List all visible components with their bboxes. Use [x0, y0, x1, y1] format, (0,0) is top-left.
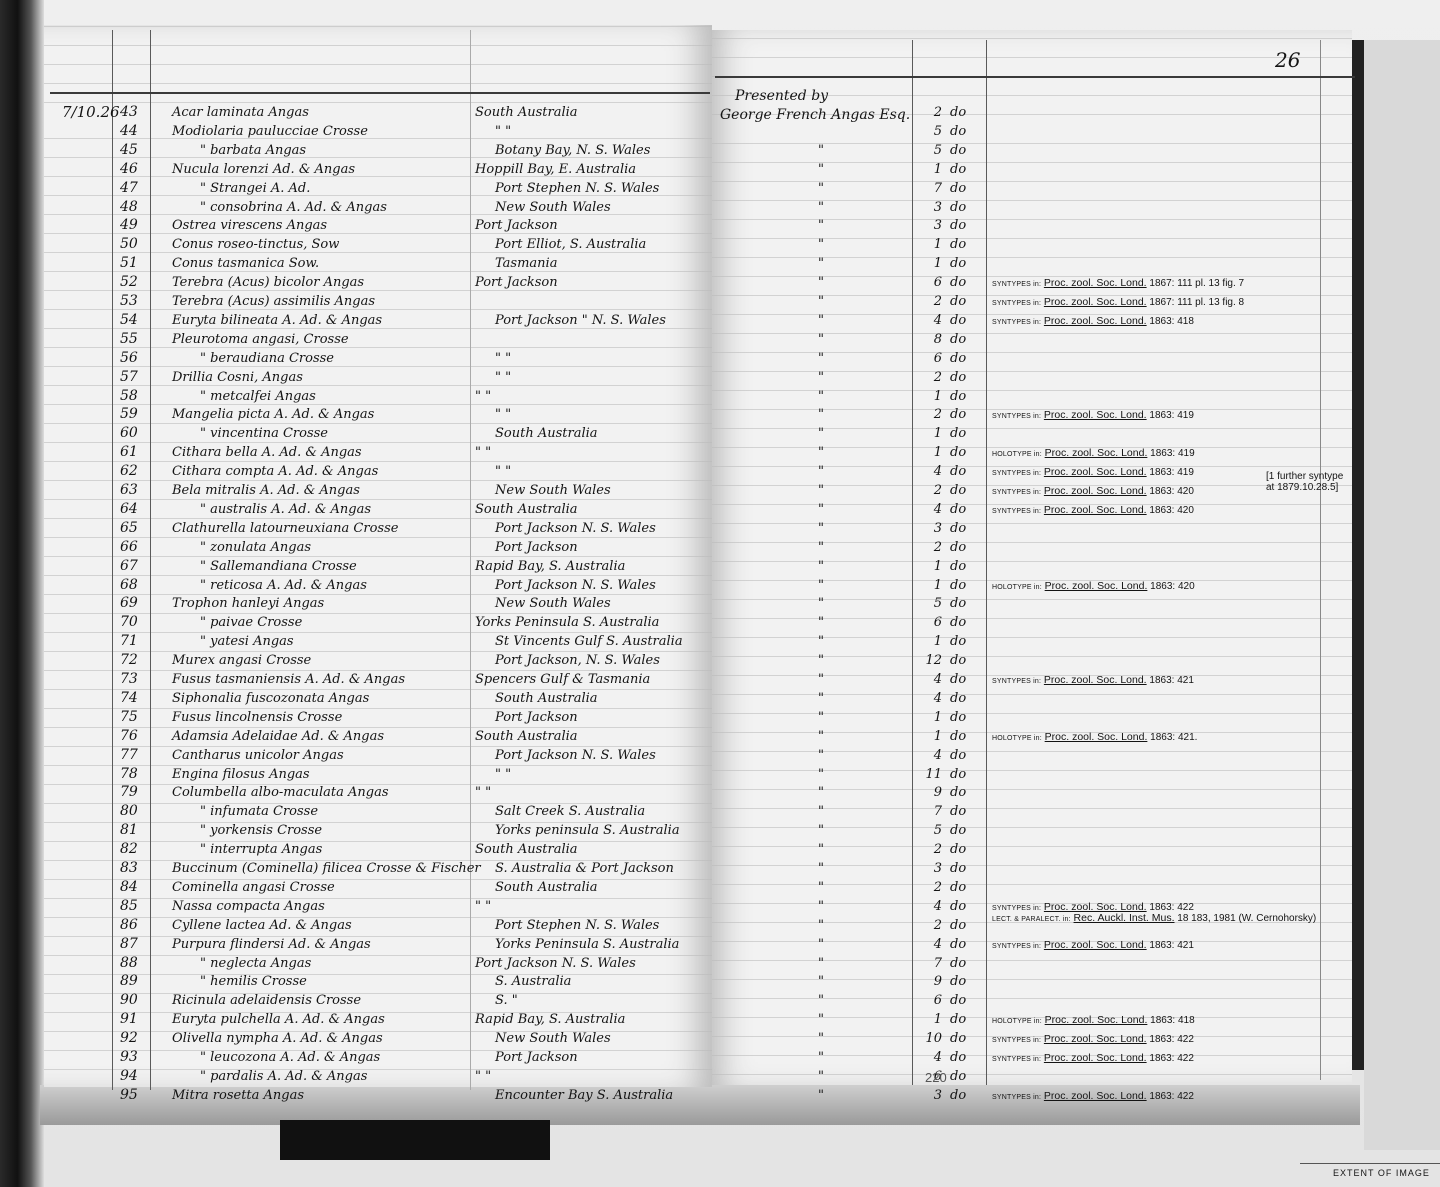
- locality: Port Jackson: [495, 1048, 578, 1067]
- scan-outer-area: [1364, 40, 1440, 1150]
- donor-line-1: Presented by: [735, 88, 828, 104]
- locality: Port Stephen N. S. Wales: [495, 916, 659, 935]
- donor-ditto-mark: ": [818, 557, 824, 576]
- quantity: 9do: [920, 972, 966, 991]
- quantity-unit: do: [950, 162, 966, 177]
- type-status-stamp: SYNTYPES in: Proc. zool. Soc. Lond. 1867…: [992, 296, 1244, 310]
- quantity: 4do: [920, 897, 966, 916]
- locality: Botany Bay, N. S. Wales: [495, 141, 650, 160]
- register-number: 86: [120, 916, 160, 935]
- quantity-value: 4: [920, 462, 942, 481]
- quantity-value: 4: [920, 670, 942, 689]
- quantity-value: 1: [920, 443, 942, 462]
- donor-ditto-mark: ": [818, 594, 824, 613]
- register-number: 94: [120, 1067, 160, 1086]
- quantity: 10do: [920, 1029, 966, 1048]
- stamp-ref: Proc. zool. Soc. Lond.: [1044, 1033, 1147, 1045]
- quantity: 1do: [920, 1010, 966, 1029]
- type-status-stamp: SYNTYPES in: Proc. zool. Soc. Lond. 1863…: [992, 504, 1194, 518]
- quantity-unit: do: [950, 899, 966, 914]
- species-name: Trophon hanleyi Angas: [172, 594, 324, 613]
- locality: " ": [475, 1067, 491, 1086]
- register-number: 45: [120, 141, 160, 160]
- quantity-unit: do: [950, 200, 966, 215]
- quantity: 1do: [920, 254, 966, 273]
- species-name: Euryta pulchella A. Ad. & Angas: [172, 1010, 385, 1029]
- quantity: 1do: [920, 557, 966, 576]
- ledger-page-right: [712, 30, 1352, 1085]
- quantity-unit: do: [950, 407, 966, 422]
- quantity: 1do: [920, 387, 966, 406]
- quantity-value: 7: [920, 802, 942, 821]
- stamp-kind: SYNTYPES in:: [992, 413, 1041, 420]
- species-name: Mitra rosetta Angas: [172, 1086, 304, 1105]
- register-number: 85: [120, 897, 160, 916]
- locality: South Australia: [495, 689, 598, 708]
- quantity-value: 8: [920, 330, 942, 349]
- stamp-kind: SYNTYPES in:: [992, 470, 1041, 477]
- register-number: 50: [120, 235, 160, 254]
- type-status-stamp: SYNTYPES in: Proc. zool. Soc. Lond. 1863…: [992, 1090, 1194, 1104]
- stamp-cite: 1867: 111 pl. 13 fig. 7: [1149, 278, 1244, 289]
- quantity-value: 9: [920, 972, 942, 991]
- register-number: 89: [120, 972, 160, 991]
- quantity-value: 1: [920, 160, 942, 179]
- quantity: 1do: [920, 727, 966, 746]
- quantity-unit: do: [950, 653, 966, 668]
- book-cover-edge-right: [1352, 40, 1364, 1070]
- quantity-unit: do: [950, 521, 966, 536]
- quantity-unit: do: [950, 880, 966, 895]
- species-name: Murex angasi Crosse: [172, 651, 311, 670]
- stamp-kind: SYNTYPES in:: [992, 905, 1041, 912]
- donor-ditto-mark: ": [818, 878, 824, 897]
- locality: Port Jackson N. S. Wales: [475, 954, 636, 973]
- stamp-kind: SYNTYPES in:: [992, 1037, 1041, 1044]
- donor-ditto-mark: ": [818, 349, 824, 368]
- quantity: 8do: [920, 330, 966, 349]
- register-number: 59: [120, 405, 160, 424]
- locality: " ": [495, 405, 511, 424]
- register-number: 61: [120, 443, 160, 462]
- header-rule-left: [50, 92, 710, 94]
- quantity: 1do: [920, 160, 966, 179]
- locality: Rapid Bay, S. Australia: [475, 1010, 625, 1029]
- donor-ditto-mark: ": [818, 1086, 824, 1105]
- quantity: 7do: [920, 179, 966, 198]
- extent-of-image-label: EXTENT OF IMAGE: [1333, 1168, 1430, 1178]
- quantity: 3do: [920, 1086, 966, 1105]
- species-name: Cominella angasi Crosse: [172, 878, 335, 897]
- quantity-value: 1: [920, 632, 942, 651]
- quantity-unit: do: [950, 974, 966, 989]
- locality: " ": [495, 122, 511, 141]
- species-name: Acar laminata Angas: [172, 103, 309, 122]
- type-status-stamp: SYNTYPES in: Proc. zool. Soc. Lond. 1863…: [992, 485, 1194, 499]
- quantity-unit: do: [950, 540, 966, 555]
- stamp-ref: Proc. zool. Soc. Lond.: [1045, 1014, 1148, 1026]
- locality: " ": [495, 368, 511, 387]
- quantity: 3do: [920, 216, 966, 235]
- quantity-value: 10: [920, 1029, 942, 1048]
- donor-ditto-mark: ": [818, 443, 824, 462]
- quantity-unit: do: [950, 937, 966, 952]
- register-number: 60: [120, 424, 160, 443]
- species-name: Nassa compacta Angas: [172, 897, 325, 916]
- quantity-unit: do: [950, 1050, 966, 1065]
- donor-ditto-mark: ": [818, 935, 824, 954]
- species-name: Ricinula adelaidensis Crosse: [172, 991, 361, 1010]
- quantity-unit: do: [950, 993, 966, 1008]
- locality: Encounter Bay S. Australia: [495, 1086, 673, 1105]
- register-number: 77: [120, 746, 160, 765]
- species-name: Pleurotoma angasi, Crosse: [172, 330, 349, 349]
- donor-ditto-mark: ": [818, 897, 824, 916]
- donor-ditto-mark: ": [818, 613, 824, 632]
- quantity-value: 1: [920, 424, 942, 443]
- quantity: 1do: [920, 632, 966, 651]
- type-status-stamp: SYNTYPES in: Proc. zool. Soc. Lond. 1863…: [992, 315, 1194, 329]
- type-status-stamp: HOLOTYPE in: Proc. zool. Soc. Lond. 1863…: [992, 447, 1195, 461]
- register-number: 68: [120, 576, 160, 595]
- species-name: Conus roseo-tinctus, Sow: [172, 235, 339, 254]
- quantity-value: 3: [920, 216, 942, 235]
- species-name: Columbella albo-maculata Angas: [172, 783, 389, 802]
- locality: S. Australia: [495, 972, 571, 991]
- quantity-unit: do: [950, 861, 966, 876]
- locality: Port Jackson: [475, 216, 558, 235]
- donor-ditto-mark: ": [818, 783, 824, 802]
- species-name: Fusus lincolnensis Crosse: [172, 708, 342, 727]
- locality: Port Jackson N. S. Wales: [495, 746, 656, 765]
- species-name: Nucula lorenzi Ad. & Angas: [172, 160, 355, 179]
- register-number: 69: [120, 594, 160, 613]
- register-number: 73: [120, 670, 160, 689]
- register-number: 84: [120, 878, 160, 897]
- quantity: 2do: [920, 103, 966, 122]
- species-name: " consobrina A. Ad. & Angas: [200, 198, 387, 217]
- locality: " ": [475, 387, 491, 406]
- donor-ditto-mark: ": [818, 538, 824, 557]
- register-number: 53: [120, 292, 160, 311]
- quantity-unit: do: [950, 464, 966, 479]
- quantity-value: 3: [920, 198, 942, 217]
- quantity-value: 3: [920, 859, 942, 878]
- quantity-value: 5: [920, 122, 942, 141]
- stamp-cite: 1863: 422: [1149, 1034, 1194, 1045]
- quantity-unit: do: [950, 710, 966, 725]
- stamp-ref: Proc. zool. Soc. Lond.: [1045, 580, 1148, 592]
- stamp-kind: HOLOTYPE in:: [992, 584, 1042, 591]
- quantity-value: 12: [920, 651, 942, 670]
- register-number: 72: [120, 651, 160, 670]
- quantity: 2do: [920, 916, 966, 935]
- quantity-unit: do: [950, 842, 966, 857]
- quantity-value: 3: [920, 1086, 942, 1105]
- quantity-unit: do: [950, 1031, 966, 1046]
- quantity-value: 4: [920, 897, 942, 916]
- further-syntype-note: [1 further syntype at 1879.10.28.5]: [1266, 471, 1343, 493]
- stamp-cite: 1863: 421.: [1150, 732, 1197, 743]
- stamp-ref: Proc. zool. Soc. Lond.: [1044, 466, 1147, 478]
- donor-ditto-mark: ": [818, 1029, 824, 1048]
- donor-ditto-mark: ": [818, 689, 824, 708]
- quantity-value: 2: [920, 538, 942, 557]
- quantity: 4do: [920, 500, 966, 519]
- quantity: 2do: [920, 368, 966, 387]
- quantity-unit: do: [950, 313, 966, 328]
- column-rule-right: [1320, 40, 1321, 1080]
- locality: St Vincents Gulf S. Australia: [495, 632, 683, 651]
- register-number: 52: [120, 273, 160, 292]
- donor-ditto-mark: ": [818, 765, 824, 784]
- species-name: Modiolaria paulucciae Crosse: [172, 122, 368, 141]
- species-name: " australis A. Ad. & Angas: [200, 500, 371, 519]
- quantity: 1do: [920, 443, 966, 462]
- quantity-value: 2: [920, 405, 942, 424]
- stamp-ref: Proc. zool. Soc. Lond.: [1044, 277, 1147, 289]
- quantity-value: 11: [920, 765, 942, 784]
- quantity-unit: do: [950, 729, 966, 744]
- species-name: " neglecta Angas: [200, 954, 311, 973]
- species-name: Buccinum (Cominella) filicea Crosse & Fi…: [172, 859, 481, 878]
- type-status-stamp: HOLOTYPE in: Proc. zool. Soc. Lond. 1863…: [992, 580, 1195, 594]
- type-status-stamp: SYNTYPES in: Proc. zool. Soc. Lond. 1863…: [992, 674, 1194, 688]
- register-number: 70: [120, 613, 160, 632]
- quantity-unit: do: [950, 1088, 966, 1103]
- quantity: 4do: [920, 746, 966, 765]
- quantity: 4do: [920, 311, 966, 330]
- register-number: 90: [120, 991, 160, 1010]
- type-status-stamp: SYNTYPES in: Proc. zool. Soc. Lond. 1863…: [992, 409, 1194, 423]
- quantity-unit: do: [950, 294, 966, 309]
- register-number: 79: [120, 783, 160, 802]
- stamp-kind: SYNTYPES in:: [992, 508, 1041, 515]
- species-name: Bela mitralis A. Ad. & Angas: [172, 481, 360, 500]
- stamp-kind: SYNTYPES in:: [992, 943, 1041, 950]
- stamp-cite: 1867: 111 pl. 13 fig. 8: [1149, 297, 1244, 308]
- stamp-cite: 1863: 420: [1149, 486, 1194, 497]
- quantity-value: 4: [920, 689, 942, 708]
- stamp-ref: Proc. zool. Soc. Lond.: [1044, 485, 1147, 497]
- donor-ditto-mark: ": [818, 972, 824, 991]
- quantity-unit: do: [950, 370, 966, 385]
- stamp-kind: SYNTYPES in:: [992, 1094, 1041, 1101]
- quantity: 5do: [920, 122, 966, 141]
- quantity-unit: do: [950, 351, 966, 366]
- page-number: 26: [1275, 48, 1300, 72]
- register-number: 62: [120, 462, 160, 481]
- register-number: 93: [120, 1048, 160, 1067]
- register-number: 48: [120, 198, 160, 217]
- quantity-value: 5: [920, 141, 942, 160]
- quantity: 2do: [920, 538, 966, 557]
- register-number: 87: [120, 935, 160, 954]
- locality: New South Wales: [495, 198, 611, 217]
- locality: Port Jackson N. S. Wales: [495, 519, 656, 538]
- register-number: 56: [120, 349, 160, 368]
- locality: " ": [495, 765, 511, 784]
- species-name: " paivae Crosse: [200, 613, 302, 632]
- donor-ditto-mark: ": [818, 576, 824, 595]
- quantity: 1do: [920, 235, 966, 254]
- quantity: 2do: [920, 292, 966, 311]
- quantity-value: 6: [920, 991, 942, 1010]
- quantity-unit: do: [950, 181, 966, 196]
- locality: " ": [475, 783, 491, 802]
- register-number: 44: [120, 122, 160, 141]
- register-number: 64: [120, 500, 160, 519]
- species-name: " interrupta Angas: [200, 840, 322, 859]
- locality: New South Wales: [495, 594, 611, 613]
- quantity: 6do: [920, 613, 966, 632]
- donor-ditto-mark: ": [818, 141, 824, 160]
- quantity-value: 7: [920, 179, 942, 198]
- locality: Port Jackson N. S. Wales: [495, 576, 656, 595]
- column-rule-date: [112, 30, 113, 1090]
- stamp-ref: Proc. zool. Soc. Lond.: [1044, 939, 1147, 951]
- register-number: 58: [120, 387, 160, 406]
- species-name: " leucozona A. Ad. & Angas: [200, 1048, 380, 1067]
- quantity: 2do: [920, 405, 966, 424]
- register-number: 81: [120, 821, 160, 840]
- locality: " ": [475, 443, 491, 462]
- donor-ditto-mark: ": [818, 802, 824, 821]
- type-status-stamp: SYNTYPES in: Proc. zool. Soc. Lond. 1863…: [992, 466, 1194, 480]
- stamp-ref: Proc. zool. Soc. Lond.: [1044, 296, 1147, 308]
- stamp-kind: SYNTYPES in:: [992, 281, 1041, 288]
- locality: South Australia: [495, 424, 598, 443]
- quantity-unit: do: [950, 918, 966, 933]
- register-number: 91: [120, 1010, 160, 1029]
- donor-ditto-mark: ": [818, 424, 824, 443]
- locality: South Australia: [495, 878, 598, 897]
- donor-ditto-mark: ": [818, 216, 824, 235]
- stamp-cite: 1863: 418: [1150, 1015, 1195, 1026]
- register-number: 47: [120, 179, 160, 198]
- quantity: 1do: [920, 424, 966, 443]
- species-name: " Sallemandiana Crosse: [200, 557, 357, 576]
- quantity-unit: do: [950, 389, 966, 404]
- quantity: 11do: [920, 765, 966, 784]
- type-status-stamp: HOLOTYPE in: Proc. zool. Soc. Lond. 1863…: [992, 1014, 1195, 1028]
- donor-ditto-mark: ": [818, 670, 824, 689]
- quantity-value: 1: [920, 557, 942, 576]
- species-name: " yatesi Angas: [200, 632, 294, 651]
- stamp-ref: Proc. zool. Soc. Lond.: [1044, 1052, 1147, 1064]
- type-status-stamp: SYNTYPES in: Proc. zool. Soc. Lond. 1863…: [992, 1033, 1194, 1047]
- species-name: Terebra (Acus) bicolor Angas: [172, 273, 364, 292]
- quantity-unit: do: [950, 445, 966, 460]
- type-status-stamp: SYNTYPES in: Proc. zool. Soc. Lond. 1863…: [992, 939, 1194, 953]
- register-number: 82: [120, 840, 160, 859]
- quantity: 6do: [920, 273, 966, 292]
- quantity-value: 7: [920, 954, 942, 973]
- quantity-value: 1: [920, 576, 942, 595]
- stamp-kind: SYNTYPES in:: [992, 1056, 1041, 1063]
- quantity-value: 4: [920, 746, 942, 765]
- register-number: 49: [120, 216, 160, 235]
- quantity: 1do: [920, 576, 966, 595]
- donor-ditto-mark: ": [818, 727, 824, 746]
- locality: New South Wales: [495, 1029, 611, 1048]
- register-number: 74: [120, 689, 160, 708]
- stamp-kind: HOLOTYPE in:: [992, 451, 1042, 458]
- stamp-ref: Proc. zool. Soc. Lond.: [1044, 504, 1147, 516]
- donor-ditto-mark: ": [818, 254, 824, 273]
- quantity-unit: do: [950, 596, 966, 611]
- quantity-unit: do: [950, 218, 966, 233]
- species-name: Adamsia Adelaidae Ad. & Angas: [172, 727, 384, 746]
- species-name: Euryta bilineata A. Ad. & Angas: [172, 311, 382, 330]
- register-number: 92: [120, 1029, 160, 1048]
- column-rule-remarks: [986, 40, 987, 1085]
- species-name: " reticosa A. Ad. & Angas: [200, 576, 367, 595]
- quantity-unit: do: [950, 615, 966, 630]
- quantity-unit: do: [950, 672, 966, 687]
- quantity-value: 5: [920, 821, 942, 840]
- species-name: Cantharus unicolor Angas: [172, 746, 344, 765]
- donor-ditto-mark: ": [818, 198, 824, 217]
- donor-ditto-mark: ": [818, 311, 824, 330]
- quantity-value: 6: [920, 349, 942, 368]
- type-status-stamp: LECT. & PARALECT. in: Rec. Auckl. Inst. …: [992, 912, 1316, 926]
- register-number: 75: [120, 708, 160, 727]
- stamp-kind: SYNTYPES in:: [992, 678, 1041, 685]
- species-name: Engina filosus Angas: [172, 765, 310, 784]
- quantity-value: 1: [920, 727, 942, 746]
- species-name: Fusus tasmaniensis A. Ad. & Angas: [172, 670, 405, 689]
- quantity-value: 4: [920, 1048, 942, 1067]
- quantity: 9do: [920, 783, 966, 802]
- species-name: Cithara compta A. Ad. & Angas: [172, 462, 378, 481]
- type-status-stamp: HOLOTYPE in: Proc. zool. Soc. Lond. 1863…: [992, 731, 1197, 745]
- quantity-unit: do: [950, 483, 966, 498]
- column-rule-species: [470, 30, 471, 1090]
- species-name: Cithara bella A. Ad. & Angas: [172, 443, 362, 462]
- register-number: 51: [120, 254, 160, 273]
- species-name: Cyllene lactea Ad. & Angas: [172, 916, 352, 935]
- quantity: 4do: [920, 935, 966, 954]
- locality: Port Jackson " N. S. Wales: [495, 311, 666, 330]
- quantity-value: 1: [920, 708, 942, 727]
- stamp-kind: HOLOTYPE in:: [992, 735, 1042, 742]
- quantity: 5do: [920, 141, 966, 160]
- donor-ditto-mark: ": [818, 991, 824, 1010]
- quantity: 3do: [920, 198, 966, 217]
- locality: " ": [495, 462, 511, 481]
- quantity-unit: do: [950, 426, 966, 441]
- species-name: " infumata Crosse: [200, 802, 318, 821]
- stamp-kind: SYNTYPES in:: [992, 300, 1041, 307]
- register-number: 57: [120, 368, 160, 387]
- locality: Hoppill Bay, E. Australia: [475, 160, 636, 179]
- entry-date: 7/10.26: [62, 103, 120, 121]
- quantity-unit: do: [950, 804, 966, 819]
- species-name: Mangelia picta A. Ad. & Angas: [172, 405, 374, 424]
- locality: Salt Creek S. Australia: [495, 802, 645, 821]
- stamp-cite: 1863: 421: [1149, 940, 1194, 951]
- stamp-cite: 1863: 419: [1150, 448, 1195, 459]
- quantity: 2do: [920, 481, 966, 500]
- quantity-unit: do: [950, 1012, 966, 1027]
- quantity-value: 4: [920, 935, 942, 954]
- quantity-unit: do: [950, 956, 966, 971]
- register-number: 67: [120, 557, 160, 576]
- locality: Port Jackson: [495, 708, 578, 727]
- locality: Yorks Peninsula S. Australia: [475, 613, 659, 632]
- register-number: 46: [120, 160, 160, 179]
